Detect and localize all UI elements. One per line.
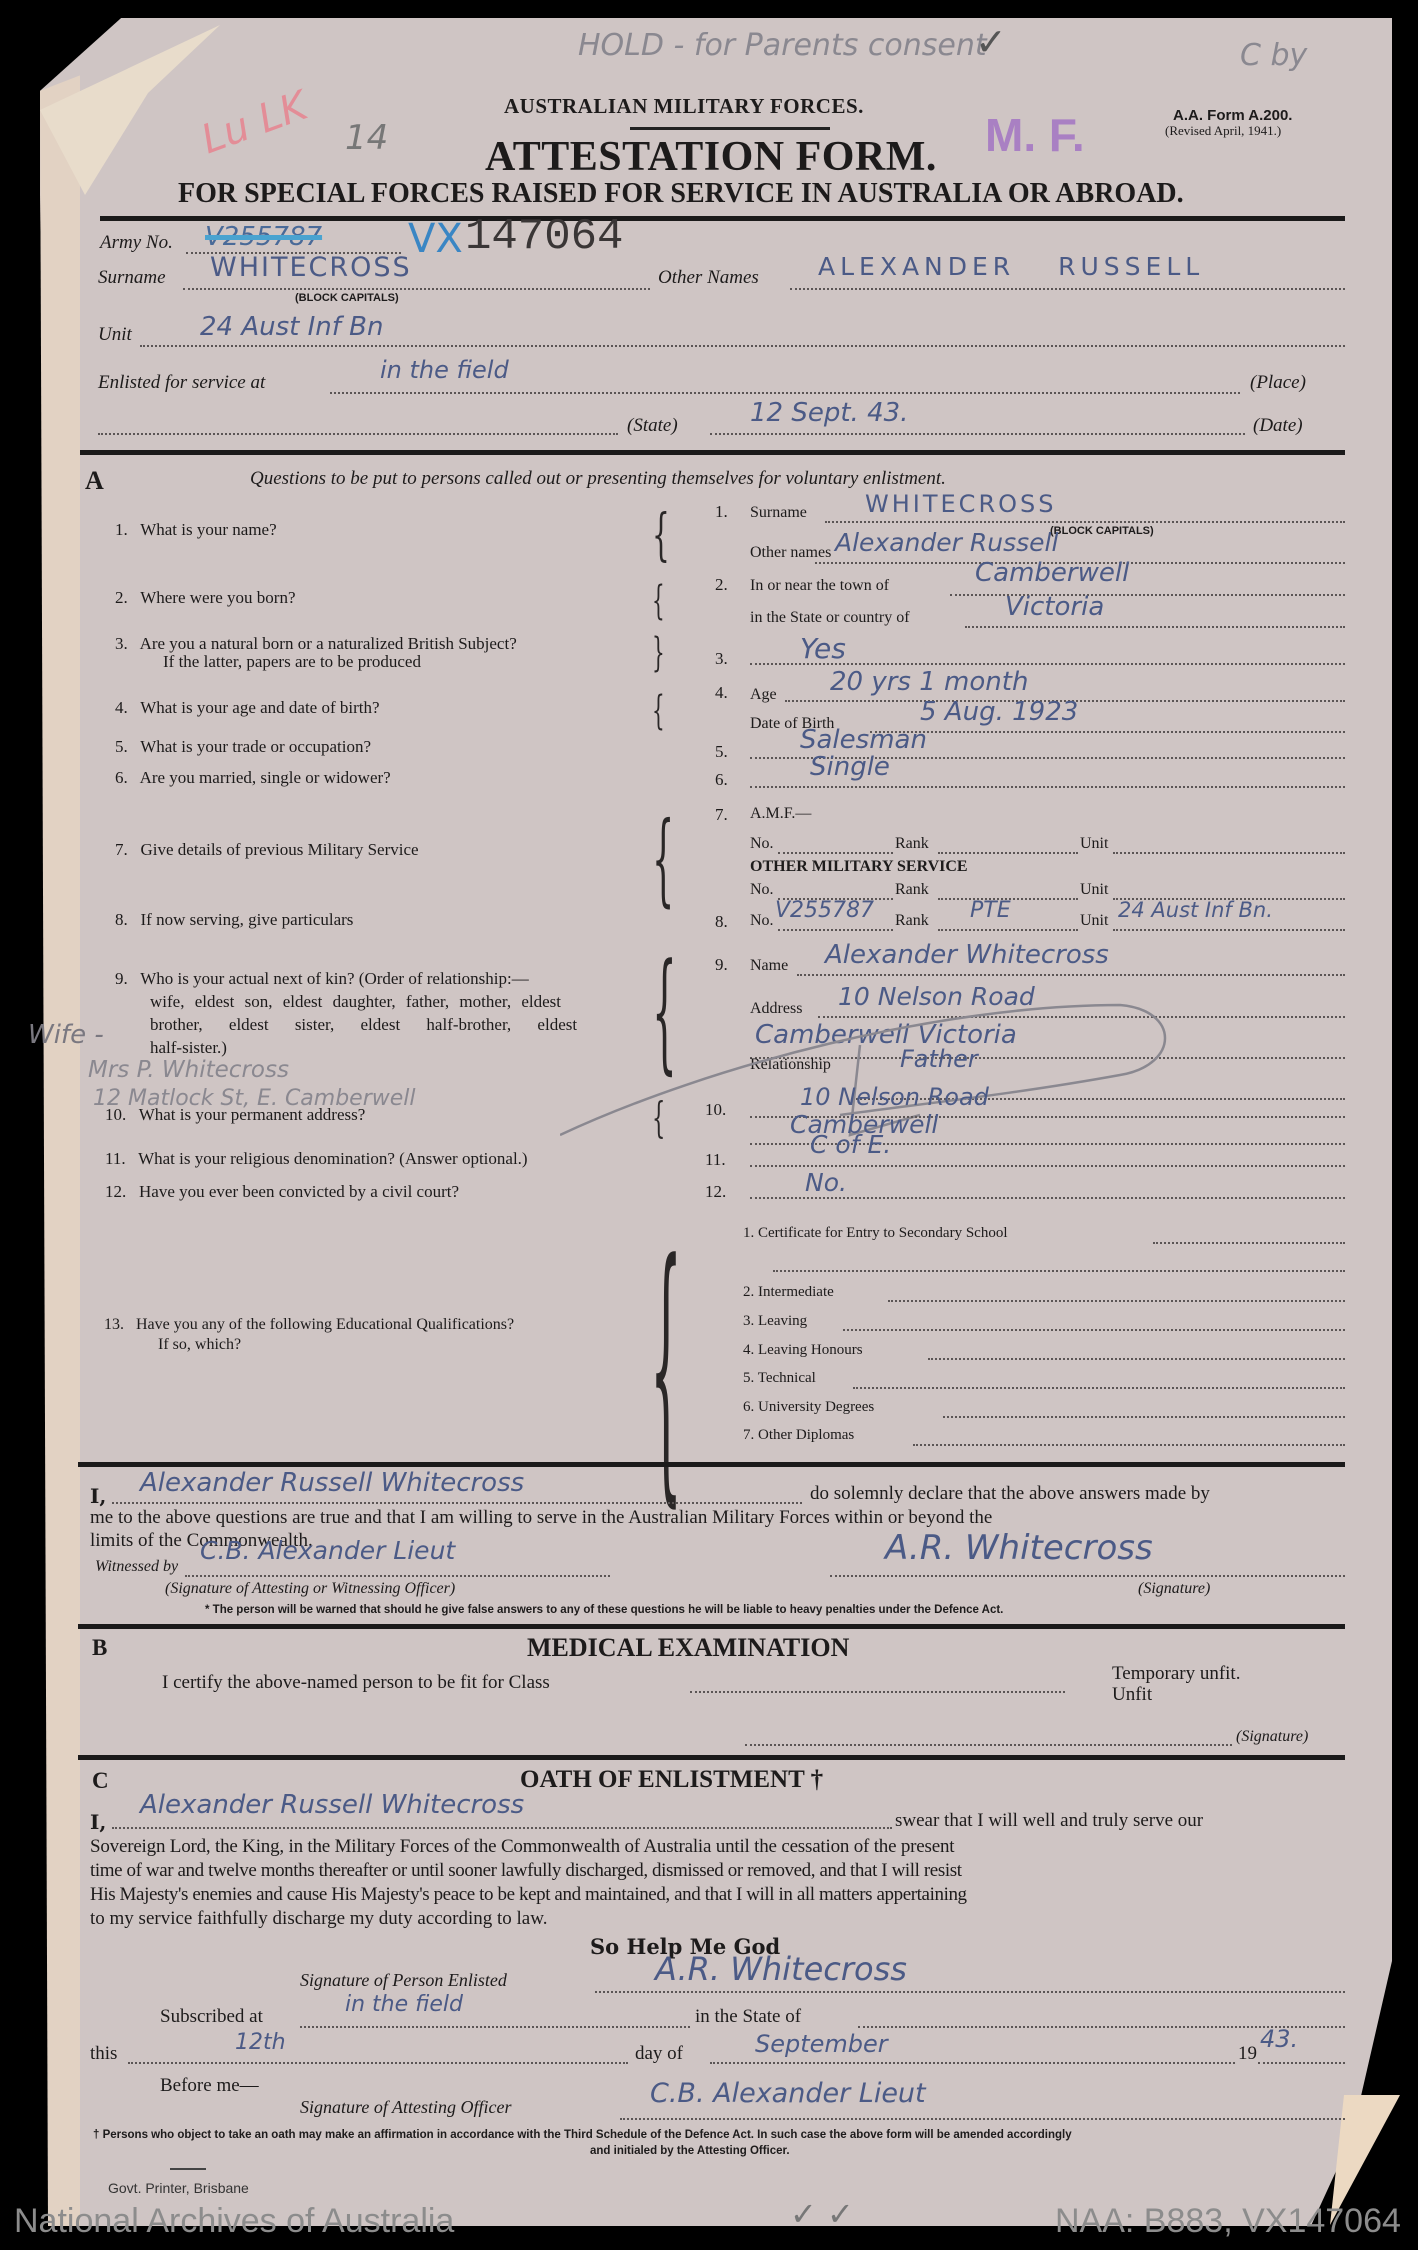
army-no-label: Army No.: [100, 232, 173, 254]
answer-line: [938, 929, 1078, 931]
day-of-label: day of: [635, 2043, 683, 2065]
sig-officer-label: Signature of Attesting Officer: [300, 2097, 511, 2118]
answer-2-number: 2.: [715, 575, 728, 595]
unfit: Unfit: [1112, 1684, 1152, 1706]
question-9-line2: wife, eldest son, eldest daughter, fathe…: [150, 992, 561, 1012]
unit-line: [140, 345, 1345, 347]
year-line: [1258, 2062, 1345, 2064]
answer-line: [943, 1416, 1345, 1418]
answer-line: [928, 1358, 1345, 1360]
question-2: 2. Where were you born?: [115, 588, 296, 608]
answer-1-number: 1.: [715, 502, 728, 522]
answer-line: [797, 974, 1345, 976]
day-line: [128, 2062, 628, 2064]
answer-line: [870, 731, 1345, 733]
before-me-label: Before me—: [160, 2075, 259, 2097]
divider: [80, 450, 1345, 455]
answer-10-number: 10.: [705, 1100, 726, 1120]
year-prefix: 19: [1238, 2043, 1257, 2065]
other-no-label: No.: [750, 881, 774, 899]
answer-line: [853, 1387, 1345, 1389]
answer-3-field[interactable]: Yes: [800, 632, 846, 665]
surname-field[interactable]: WHITECROSS: [210, 252, 412, 283]
section-b-letter: B: [92, 1635, 107, 1661]
brace: {: [652, 800, 674, 917]
question-13: 13. Have you any of the following Educat…: [104, 1316, 514, 1334]
army-no-prefix: VX: [408, 216, 463, 262]
margin-note-wife: Wife -: [28, 1020, 104, 1050]
oath-name-line: [112, 1827, 892, 1829]
oath-name-field[interactable]: Alexander Russell Whitecross: [140, 1790, 524, 1820]
other-names-label: Other Names: [658, 267, 759, 289]
subscribed-place-field[interactable]: in the field: [345, 1992, 463, 2017]
question-5: 5. What is your trade or occupation?: [115, 737, 371, 757]
nok-name-field[interactable]: Alexander Whitecross: [825, 940, 1109, 970]
qualification-7: 7. Other Diplomas: [743, 1427, 854, 1444]
answer-11-field[interactable]: C of E.: [810, 1130, 891, 1159]
date-field[interactable]: 12 Sept. 43.: [750, 398, 908, 428]
state-line: [98, 433, 618, 435]
witness-caption: (Signature of Attesting or Witnessing Of…: [165, 1580, 455, 1598]
other-rank-label: Rank: [895, 881, 929, 899]
sig-person-label: Signature of Person Enlisted: [300, 1970, 507, 1991]
answer-line: [750, 786, 1345, 788]
page-number: 14: [345, 118, 388, 158]
declaration-text-1: do solemnly declare that the above answe…: [810, 1483, 1210, 1505]
answer-line: [778, 852, 893, 854]
day-field[interactable]: 12th: [235, 2030, 286, 2055]
qualification-1: 1. Certificate for Entry to Secondary Sc…: [743, 1225, 1008, 1242]
watermark-naa: National Archives of Australia: [14, 2202, 454, 2241]
oath-text-4: His Majesty's enemies and cause His Maje…: [90, 1884, 967, 1906]
printer-credit: Govt. Printer, Brisbane: [108, 2180, 249, 2196]
amf-no-label: No.: [750, 835, 774, 853]
block-capitals-note: (BLOCK CAPITALS): [1050, 525, 1154, 537]
answer-line: [750, 1197, 1345, 1199]
false-answers-warning: * The person will be warned that should …: [205, 1604, 1003, 1616]
amf-label: A.M.F.—: [750, 805, 811, 823]
answer-other-names-field[interactable]: Alexander Russell: [835, 528, 1058, 557]
answer-6-number: 6.: [715, 770, 728, 790]
oath-text-3: time of war and twelve months thereafter…: [90, 1860, 962, 1882]
question-11: 11. What is your religious denomination?…: [105, 1149, 528, 1169]
other-service-heading: OTHER MILITARY SERVICE: [750, 858, 968, 876]
surname-label: Surname: [98, 267, 166, 289]
sig-officer-line: [620, 2118, 1345, 2120]
question-7: 7. Give details of previous Military Ser…: [115, 840, 419, 860]
oath-text-2: Sovereign Lord, the King, in the Militar…: [90, 1836, 954, 1858]
affirmation-footnote-2: and initialed by the Attesting Officer.: [590, 2145, 790, 2157]
answer-11-number: 11.: [705, 1150, 726, 1170]
subscribed-line: [300, 2026, 690, 2028]
brace: {: [652, 688, 665, 734]
footer-rule: [170, 2168, 206, 2170]
form-subtitle: FOR SPECIAL FORCES RAISED FOR SERVICE IN…: [178, 178, 1184, 210]
form-title: ATTESTATION FORM.: [485, 133, 937, 181]
serving-no-field[interactable]: V255787: [775, 898, 874, 923]
margin-note-name: Mrs P. Whitecross: [88, 1057, 289, 1083]
qualification-2: 2. Intermediate: [743, 1284, 834, 1301]
question-10: 10. What is your permanent address?: [105, 1105, 365, 1125]
unit-label: Unit: [98, 324, 132, 346]
divider: [78, 1462, 1345, 1467]
oath-text-5: to my service faithfully discharge my du…: [90, 1908, 547, 1930]
answer-line: [843, 1329, 1345, 1331]
answer-age-label: Age: [750, 686, 777, 704]
answer-12-number: 12.: [705, 1182, 726, 1202]
answer-dob-field[interactable]: 5 Aug. 1923: [920, 697, 1078, 727]
page-edge: [40, 18, 80, 2226]
answer-state-label: in the State or country of: [750, 609, 910, 627]
temporary-unfit: Temporary unfit.: [1112, 1663, 1240, 1685]
medical-title: MEDICAL EXAMINATION: [527, 1633, 849, 1663]
block-capitals-note: (BLOCK CAPITALS): [295, 292, 399, 304]
oath-i: I,: [90, 1810, 106, 1834]
answer-line: [778, 929, 893, 931]
watermark-reference: NAA: B883, VX147064: [1055, 2202, 1401, 2241]
answer-line: [1113, 929, 1345, 931]
header-rule: [630, 127, 830, 130]
mf-stamp: M. F.: [985, 108, 1085, 162]
question-3: 3. Are you a natural born or a naturaliz…: [115, 634, 517, 654]
answer-line: [965, 626, 1345, 628]
serving-rank-field[interactable]: PTE: [970, 898, 1011, 923]
state-label: (State): [627, 415, 678, 437]
declaration-text-2: me to the above questions are true and t…: [90, 1507, 992, 1529]
question-4: 4. What is your age and date of birth?: [115, 698, 380, 718]
question-3-line2: If the latter, papers are to be produced: [163, 652, 421, 672]
answer-town-field[interactable]: Camberwell: [975, 558, 1129, 588]
enlisted-line: [330, 392, 1240, 394]
oath-title: OATH OF ENLISTMENT †: [520, 1766, 823, 1794]
qualification-3: 3. Leaving: [743, 1313, 807, 1330]
year-field[interactable]: 43.: [1260, 2025, 1298, 2053]
signature-line: [830, 1575, 1345, 1577]
nok-name-label: Name: [750, 957, 788, 975]
this-label: this: [90, 2043, 117, 2065]
question-8: 8. If now serving, give particulars: [115, 910, 353, 930]
divider: [100, 216, 1345, 221]
oath-text-1: swear that I will well and truly serve o…: [895, 1810, 1203, 1832]
question-6: 6. Are you married, single or widower?: [115, 768, 391, 788]
answer-12-field[interactable]: No.: [805, 1168, 847, 1197]
affirmation-footnote: † Persons who object to take an oath may…: [93, 2129, 1072, 2141]
answer-surname-field[interactable]: WHITECROSS: [865, 490, 1056, 518]
other-names-field[interactable]: ALEXANDER RUSSELL: [818, 252, 1204, 281]
answer-9-number: 9.: [715, 955, 728, 975]
witnessed-by-label: Witnessed by: [95, 1558, 178, 1576]
unit-field[interactable]: 24 Aust Inf Bn: [200, 312, 384, 342]
answer-age-field[interactable]: 20 yrs 1 month: [830, 667, 1028, 697]
question-9-line3: brother, eldest sister, eldest half-brot…: [150, 1015, 577, 1035]
top-right-annotation: C by: [1240, 38, 1307, 73]
qualification-4: 4. Leaving Honours: [743, 1342, 863, 1359]
declaration-name-line: [112, 1502, 802, 1504]
surname-line: [183, 288, 650, 290]
answer-town-label: In or near the town of: [750, 577, 889, 595]
footer-ticks: ✓ ✓: [790, 2195, 854, 2233]
place-label: (Place): [1250, 372, 1306, 394]
medical-signature-line: [745, 1744, 1232, 1746]
brace: {: [652, 578, 665, 624]
brace: {: [652, 503, 670, 568]
question-1: 1. What is your name?: [115, 520, 277, 540]
hold-annotation: HOLD - for Parents consent: [578, 28, 987, 63]
other-unit-label: Unit: [1080, 881, 1108, 899]
brace: {: [650, 1205, 682, 1531]
sig-person-line: [595, 1991, 1345, 1993]
date-line: [710, 433, 1245, 435]
divider: [78, 1755, 1345, 1760]
witness-line: [185, 1575, 610, 1577]
form-number: A.A. Form A.200.: [1173, 107, 1292, 124]
question-9: 9. Who is your actual next of kin? (Orde…: [115, 969, 529, 989]
amf-unit-label: Unit: [1080, 835, 1108, 853]
date-label: (Date): [1253, 415, 1303, 437]
answer-line: [913, 1444, 1345, 1446]
revised-date: (Revised April, 1941.): [1165, 123, 1281, 139]
section-a-letter: A: [85, 466, 104, 496]
answer-line: [773, 1270, 1345, 1272]
enlisted-label: Enlisted for service at: [98, 372, 265, 394]
subscribed-label: Subscribed at: [160, 2006, 263, 2028]
amf-rank-label: Rank: [895, 835, 929, 853]
answer-line: [750, 1165, 1345, 1167]
in-state-label: in the State of: [695, 2006, 801, 2028]
army-no-struck: V255787: [205, 222, 322, 252]
answer-surname-label: Surname: [750, 504, 807, 522]
declaration-i: I,: [90, 1484, 106, 1508]
medical-certify: I certify the above-named person to be f…: [162, 1672, 550, 1694]
answer-line: [938, 852, 1078, 854]
enlisted-place-field[interactable]: in the field: [380, 356, 509, 384]
section-c-letter: C: [92, 1768, 109, 1794]
tick-annotation: ✓: [975, 20, 1007, 64]
answer-other-names-label: Other names: [750, 544, 831, 562]
answer-state-field[interactable]: Victoria: [1005, 592, 1104, 622]
question-13-line2: If so, which?: [158, 1336, 241, 1354]
month-line: [710, 2062, 1235, 2064]
declaration-name-field[interactable]: Alexander Russell Whitecross: [140, 1468, 524, 1498]
witness-signature[interactable]: C.B. Alexander Lieut: [200, 1536, 455, 1565]
qualification-5: 5. Technical: [743, 1370, 816, 1387]
serving-no-label: No.: [750, 912, 774, 930]
answer-7-number: 7.: [715, 805, 728, 825]
answer-3-number: 3.: [715, 649, 728, 669]
answer-4-number: 4.: [715, 683, 728, 703]
answer-5-field[interactable]: Salesman: [800, 725, 927, 755]
month-field[interactable]: September: [755, 2030, 888, 2058]
answer-8-number: 8.: [715, 912, 728, 932]
medical-class-line: [690, 1691, 1065, 1693]
army-number[interactable]: 147064: [465, 212, 623, 262]
forces-heading: AUSTRALIAN MILITARY FORCES.: [504, 94, 864, 119]
answer-5-number: 5.: [715, 742, 728, 762]
medical-signature-caption: (Signature): [1236, 1728, 1308, 1746]
serving-unit-field[interactable]: 24 Aust Inf Bn.: [1118, 898, 1273, 922]
question-12: 12. Have you ever been convicted by a ci…: [105, 1182, 459, 1202]
answer-line: [1113, 852, 1345, 854]
answer-6-field[interactable]: Single: [810, 752, 890, 782]
brace: }: [652, 630, 665, 676]
section-a-heading: Questions to be put to persons called ou…: [250, 468, 946, 490]
qualification-6: 6. University Degrees: [743, 1399, 874, 1416]
answer-line: [825, 521, 1345, 523]
divider: [78, 1624, 1345, 1629]
answer-line: [888, 1300, 1345, 1302]
applicant-signature[interactable]: A.R. Whitecross: [885, 1528, 1153, 1568]
sig-officer-field[interactable]: C.B. Alexander Lieut: [650, 2078, 926, 2109]
other-names-line: [790, 288, 1345, 290]
question-9-line4: half-sister.): [150, 1038, 227, 1058]
sig-person-field[interactable]: A.R. Whitecross: [655, 1950, 907, 1988]
answer-10-field[interactable]: 10 Nelson Road: [800, 1083, 989, 1111]
serving-rank-label: Rank: [895, 912, 929, 930]
signature-caption: (Signature): [1138, 1580, 1210, 1598]
answer-line: [1153, 1242, 1345, 1244]
serving-unit-label: Unit: [1080, 912, 1108, 930]
